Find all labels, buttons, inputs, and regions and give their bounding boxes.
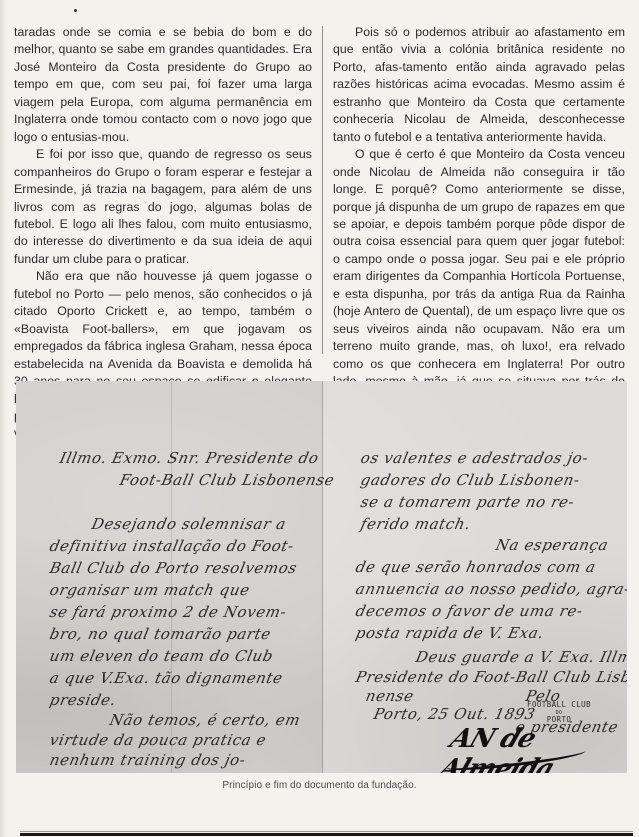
- handwriting-line: os valentes e adestrados jo-: [359, 449, 590, 467]
- print-speck: [74, 9, 77, 12]
- handwriting-line: gadores do Club Lisbonen-: [359, 471, 582, 489]
- paragraph: Pois só o podemos atribuir ao afastament…: [333, 24, 625, 146]
- stamp-line: PORTO: [514, 716, 604, 725]
- handwriting-line: se a tomarem parte no re-: [359, 493, 576, 511]
- handwriting-line: Illmo. Exmo. Snr. Presidente do: [58, 449, 320, 467]
- handwriting-line: ferido match.: [359, 515, 472, 533]
- handwriting-line: virtude da pouca pratica e: [48, 731, 268, 749]
- handwriting-line: Não temos, é certo, em: [108, 711, 302, 729]
- handwriting-line: Desejando solemnisar a: [90, 515, 288, 533]
- paragraph: E foi por isso que, quando de regresso o…: [14, 146, 312, 268]
- club-stamp: FOOTBALL CLUB DO PORTO: [514, 701, 604, 724]
- handwriting-line: Foot-Ball Club Lisbonense: [118, 471, 336, 489]
- handwriting-line: de que serão honrados com a: [354, 558, 598, 576]
- page-edge-shadow: [0, 0, 6, 837]
- handwriting-line: se fará proximo 2 de Novem-: [48, 603, 288, 621]
- handwriting-line: Ball Club do Porto resolvemos: [48, 559, 299, 577]
- handwriting-line: decemos o favor de uma re-: [354, 602, 585, 620]
- handwriting-line: Porto, 25 Out. 1893: [372, 705, 537, 723]
- handwriting-line: Na esperança: [494, 536, 610, 554]
- handwriting-line: bro, no qual tomarão parte: [48, 625, 273, 643]
- handwriting-line: definitiva installação do Foot-: [48, 537, 296, 555]
- handwriting-line: Presidente do Foot-Ball Club Lisbo-: [354, 668, 627, 686]
- handwriting-line: um eleven do team do Club: [48, 647, 275, 665]
- foundation-document-image: Illmo. Exmo. Snr. Presidente do Foot-Bal…: [16, 381, 627, 773]
- stamp-line: FOOTBALL CLUB: [514, 701, 604, 710]
- handwriting-line: preside.: [48, 691, 118, 709]
- handwriting-line: posta rapida de V. Exa.: [354, 624, 546, 642]
- column-divider: [322, 26, 323, 354]
- handwriting-line: organisar um match que: [48, 581, 252, 599]
- handwriting-line: annuencia ao nosso pedido, agra-: [354, 580, 627, 598]
- handwriting-line: a que V.Exa. tão dignamente: [48, 669, 285, 687]
- handwriting-line: nense: [364, 687, 416, 705]
- figure-caption: Princípio e fim do documento da fundação…: [0, 780, 639, 791]
- footer-rule: [20, 833, 633, 836]
- document-fold: [322, 381, 323, 773]
- paragraph: taradas onde se comia e se bebia do bom …: [14, 24, 312, 146]
- handwriting-line: nenhum training dos jo-: [48, 751, 247, 769]
- handwriting-line: Deus guarde a V. Exa. Illmo. Snr.: [414, 648, 627, 666]
- footer-rule-thin: [20, 831, 633, 832]
